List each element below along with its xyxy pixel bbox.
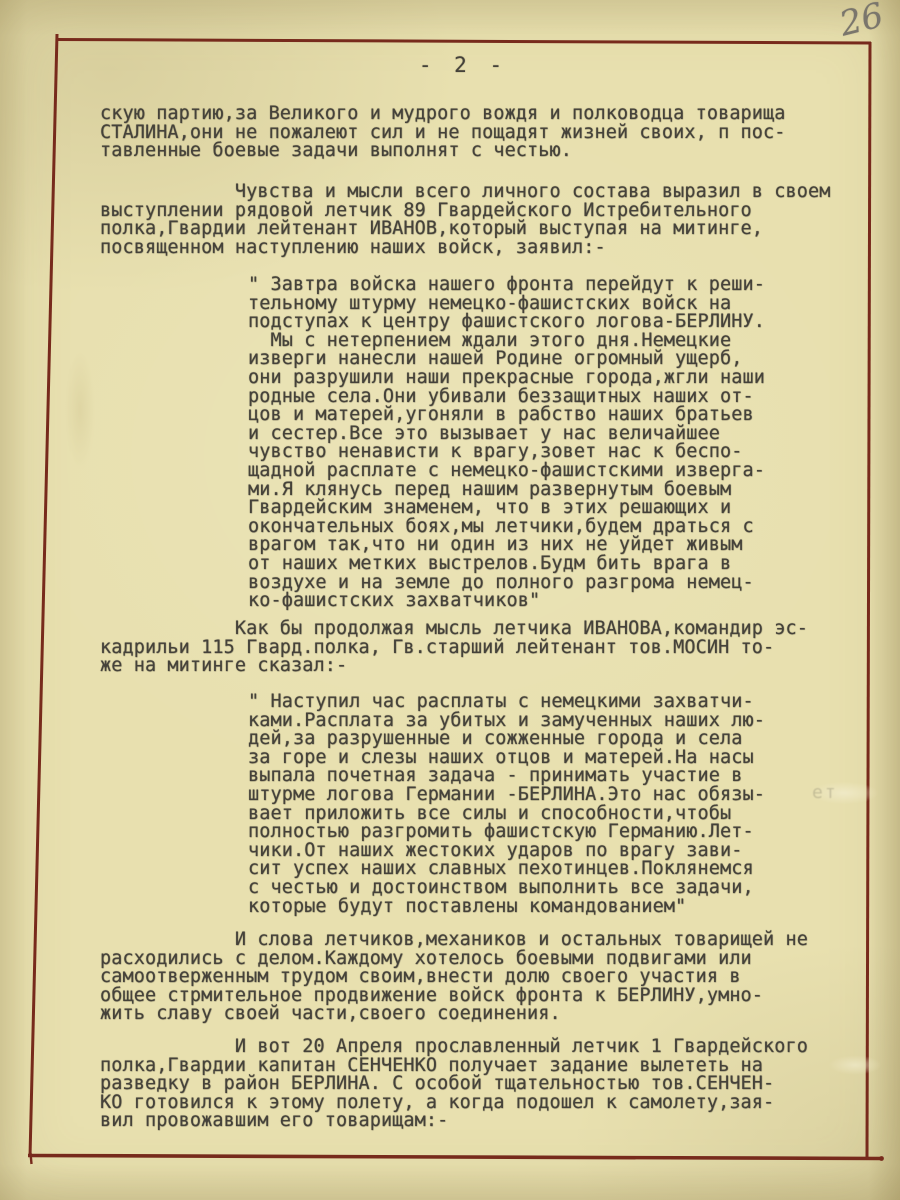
handwritten-corner-note: 26 (836, 0, 888, 45)
quote-block-ivanov: " Завтра войска нашего фронта перейдут к… (248, 276, 765, 611)
paragraph-mosin-intro: Как бы продолжая мысль летчика ИВАНОВА,к… (100, 620, 808, 676)
ghost-typed-offset: ет (812, 782, 838, 803)
document-page: 26 - 2 - скую партию,за Великого и мудро… (0, 0, 900, 1200)
paragraph-senchenko: И вот 20 Апреля прославленный летчик 1 Г… (100, 1038, 808, 1131)
scan-smudge (60, 330, 100, 490)
paragraph-ivanov-intro: Чувства и мысли всего личного состава вы… (100, 183, 830, 257)
quote-block-mosin: " Наступил час расплаты с немецкими захв… (248, 693, 765, 916)
page-number: - 2 - (419, 53, 507, 77)
paragraph-deeds: И слова летчиков,механиков и остальных т… (100, 931, 808, 1024)
paragraph-continuation: скую партию,за Великого и мудрого вождя … (100, 105, 786, 161)
scan-smudge (820, 1052, 890, 1078)
